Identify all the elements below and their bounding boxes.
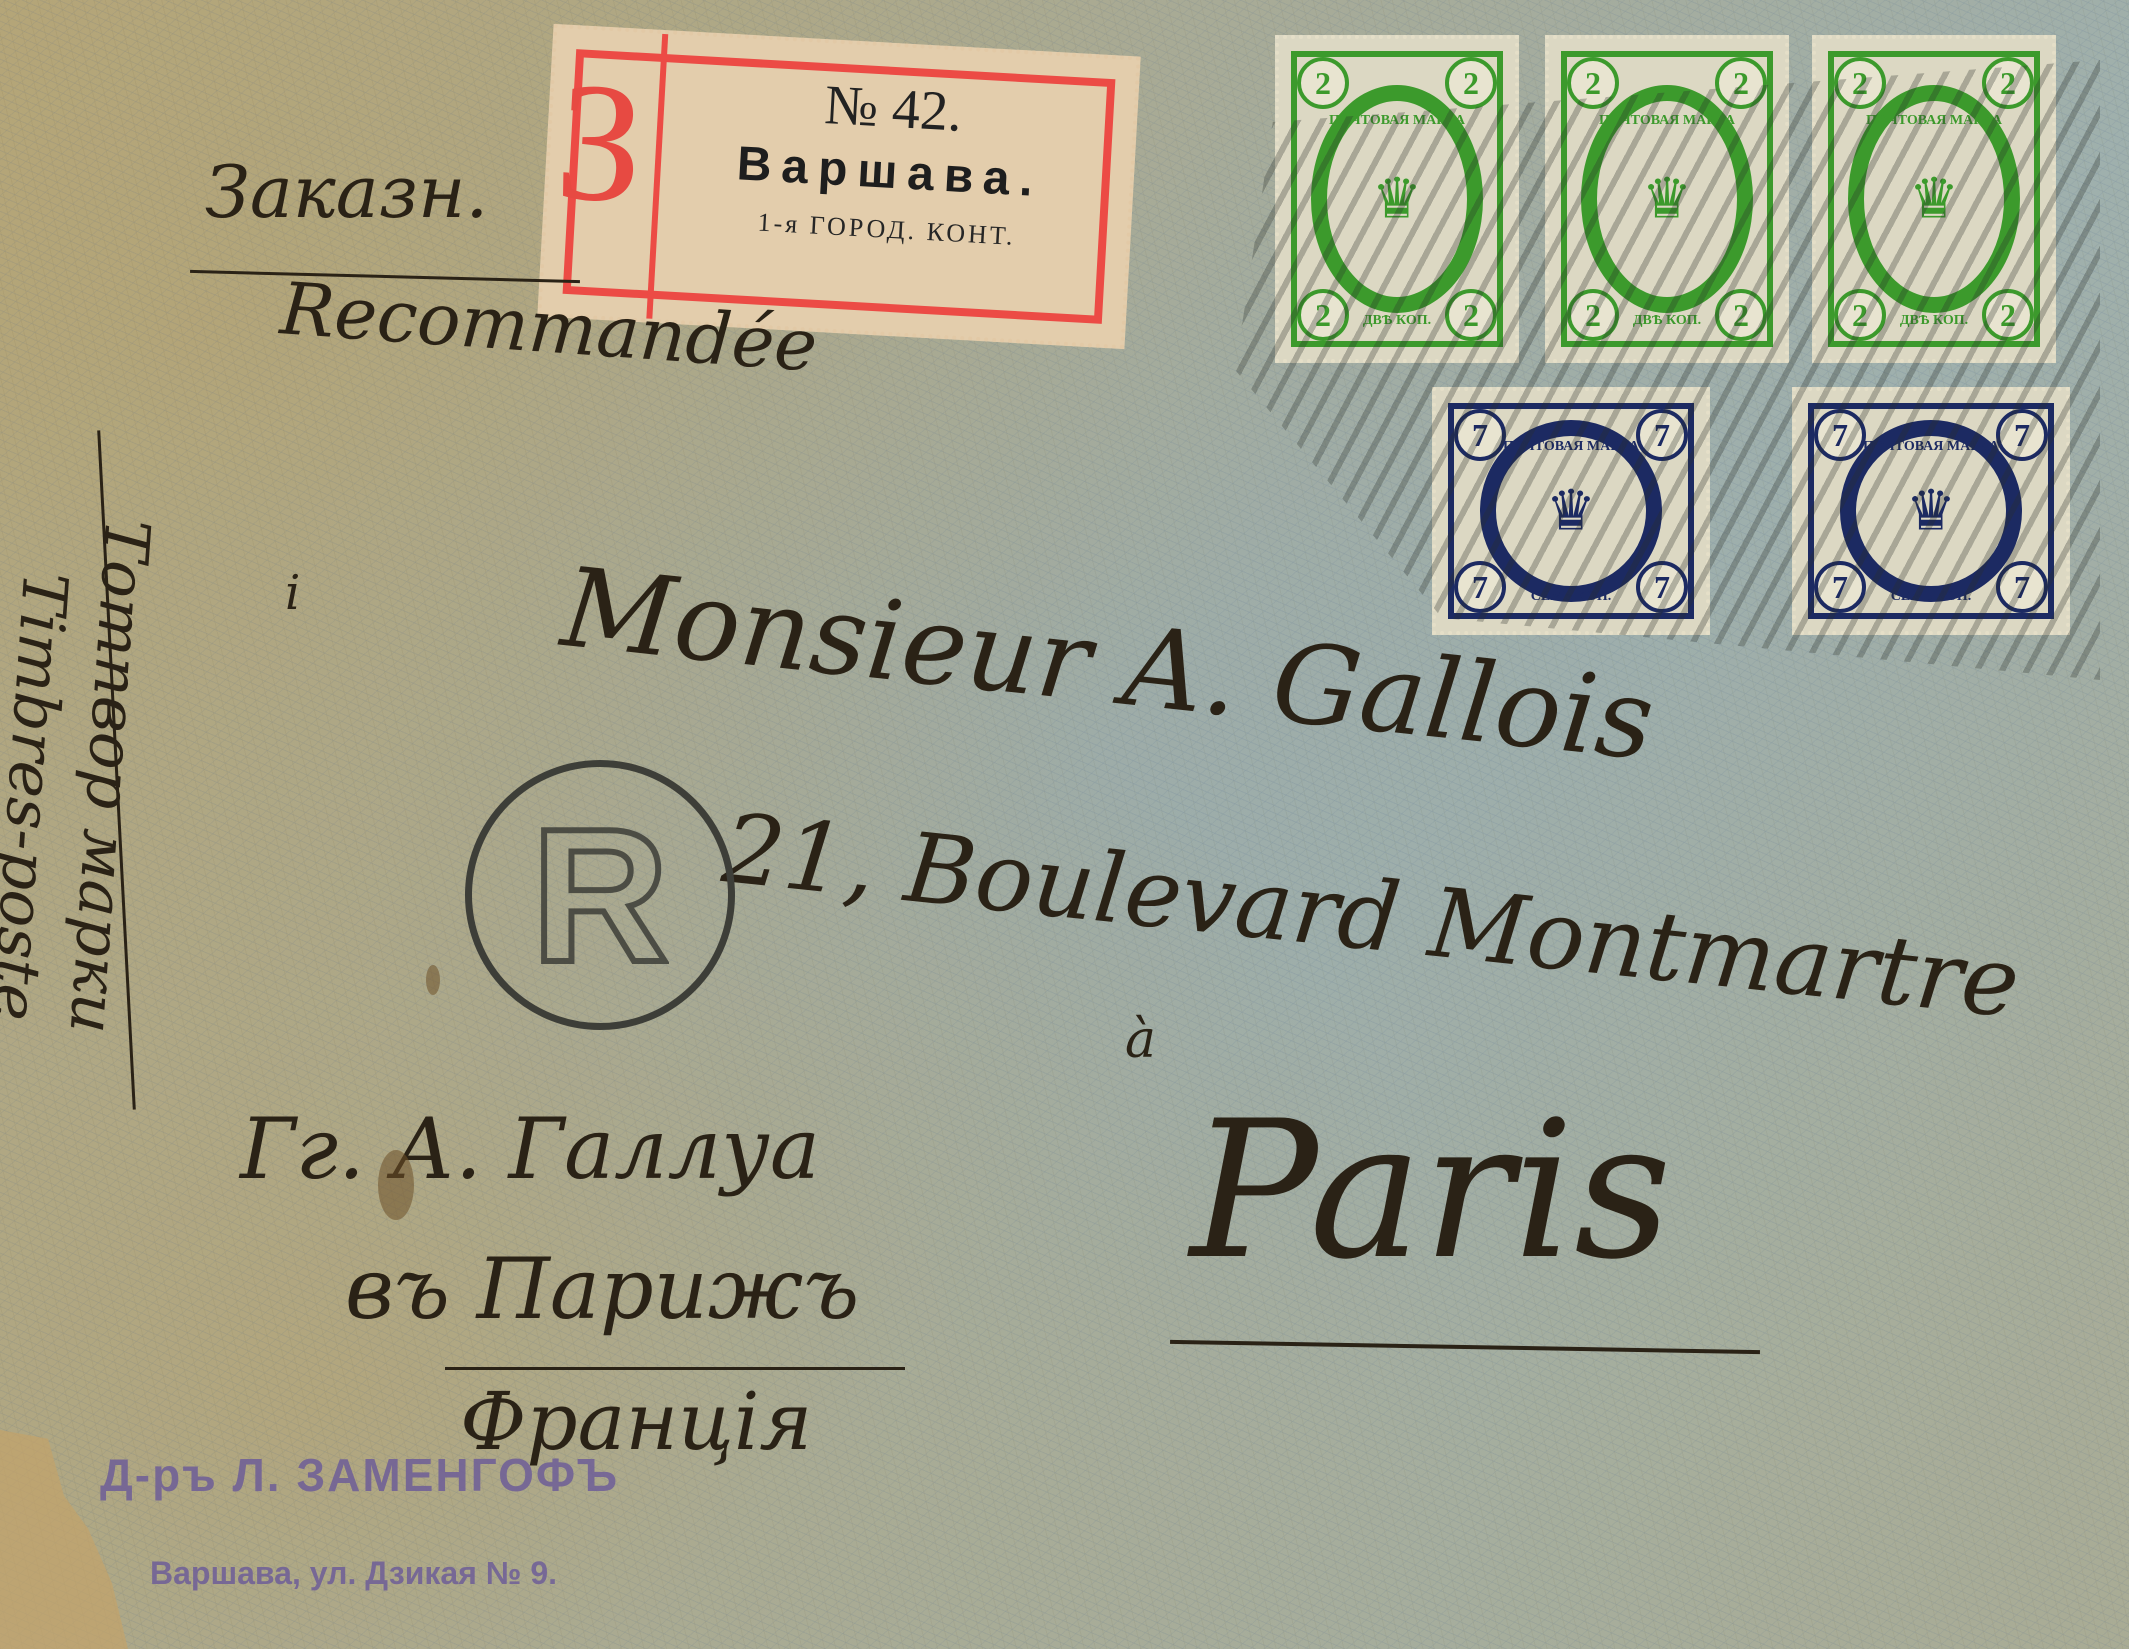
mark-i: i — [285, 565, 300, 621]
envelope: З № 42. Варшава. 1-я ГОРОД. КОНТ. 22 22 … — [0, 0, 2129, 1649]
paper-stain — [378, 1150, 414, 1220]
double-headed-eagle-icon: ♛ — [1909, 167, 1959, 232]
double-headed-eagle-icon: ♛ — [1642, 167, 1692, 232]
registered-r-handstamp: R — [465, 760, 735, 1030]
stamp-blue-1: 77 77 ♛ ПОЧТОВАЯ МАРКА СЕМЬ КОП. — [1432, 387, 1710, 635]
stamp-green-1: 22 22 ♛ ПОЧТОВАЯ МАРКА ДВѢ КОП. — [1275, 35, 1519, 363]
stamp-blue-2: 77 77 ♛ ПОЧТОВАЯ МАРКА СЕМЬ КОП. — [1792, 387, 2070, 635]
double-headed-eagle-icon: ♛ — [1906, 479, 1956, 544]
ru-underline — [445, 1367, 905, 1370]
sender-name-stamp: Д-ръ Л. ЗАМЕНГОФЪ — [100, 1448, 619, 1502]
sender-address-stamp: Варшава, ул. Дзикая № 9. — [150, 1555, 557, 1592]
addressee-city: Paris — [1190, 1080, 1672, 1301]
ru-address-line1: Гг. А. Галлуа — [240, 1100, 820, 1198]
double-headed-eagle-icon: ♛ — [1546, 479, 1596, 544]
stamp-green-3: 22 22 ♛ ПОЧТОВАЯ МАРКА ДВѢ КОП. — [1812, 35, 2056, 363]
address-preposition: à — [1125, 1010, 1156, 1070]
paper-stain — [426, 965, 440, 995]
registration-letter: З — [552, 40, 643, 244]
double-headed-eagle-icon: ♛ — [1372, 167, 1422, 232]
ru-address-line2: въ Парижъ — [345, 1240, 859, 1338]
handwritten-registered-ru: Заказн. — [205, 150, 488, 234]
stamp-green-2: 22 22 ♛ ПОЧТОВАЯ МАРКА ДВѢ КОП. — [1545, 35, 1789, 363]
